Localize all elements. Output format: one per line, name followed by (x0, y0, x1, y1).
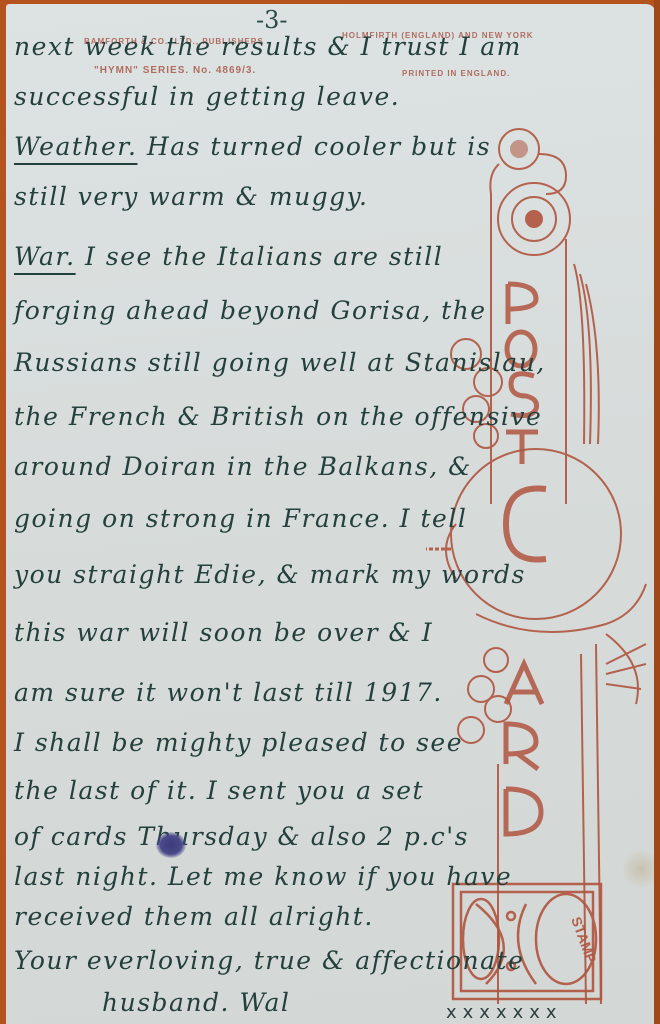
weather-text: Has turned cooler but is (147, 132, 491, 161)
letter-line: this war will soon be over & I (14, 618, 433, 647)
frame-edge (654, 0, 660, 1024)
letter-line: the last of it. I sent you a set (14, 776, 424, 805)
letter-line-weather: Weather. Has turned cooler but is (14, 132, 491, 161)
war-text: I see the Italians are still (85, 242, 443, 271)
letter-line: around Doiran in the Balkans, & (14, 452, 472, 481)
postcard: STAMP BAMFORTH & CO., LTD., PUBLISHERS H… (6, 4, 656, 1024)
letter-line: successful in getting leave. (14, 82, 400, 111)
letter-line: of cards Thursday & also 2 p.c's (14, 822, 469, 851)
letter-line: last night. Let me know if you have (14, 862, 512, 891)
letter-line: am sure it won't last till 1917. (14, 678, 443, 707)
letter-signature: husband. Wal (102, 988, 290, 1017)
series-label: "HYMN" SERIES. No. 4869/3. (94, 65, 256, 76)
letter-line: you straight Edie, & mark my words (14, 560, 526, 589)
letter-line-war: War. I see the Italians are still (14, 242, 443, 271)
letter-line: the French & British on the offensive (14, 402, 542, 431)
letter-line: forging ahead beyond Gorisa, the (14, 296, 487, 325)
heading-weather: Weather. (14, 132, 137, 161)
paper-stain (621, 849, 656, 889)
letter-line-closing: Your everloving, true & affectionate (14, 946, 524, 975)
letter-line: still very warm & muggy. (14, 182, 368, 211)
kisses: xxxxxxx (446, 1002, 563, 1023)
heading-war: War. (14, 242, 76, 271)
letter-line: I shall be mighty pleased to see (14, 728, 463, 757)
letter-line: Russians still going well at Stanislau, (14, 348, 546, 377)
page-number: -3- (256, 6, 288, 34)
letter-line: going on strong in France. I tell (14, 504, 467, 533)
letter-line: received them all alright. (14, 902, 374, 931)
ink-blot (156, 832, 186, 858)
printed-in-label: PRINTED IN ENGLAND. (402, 69, 510, 78)
letter-line: next week the results & I trust I am (14, 32, 522, 61)
